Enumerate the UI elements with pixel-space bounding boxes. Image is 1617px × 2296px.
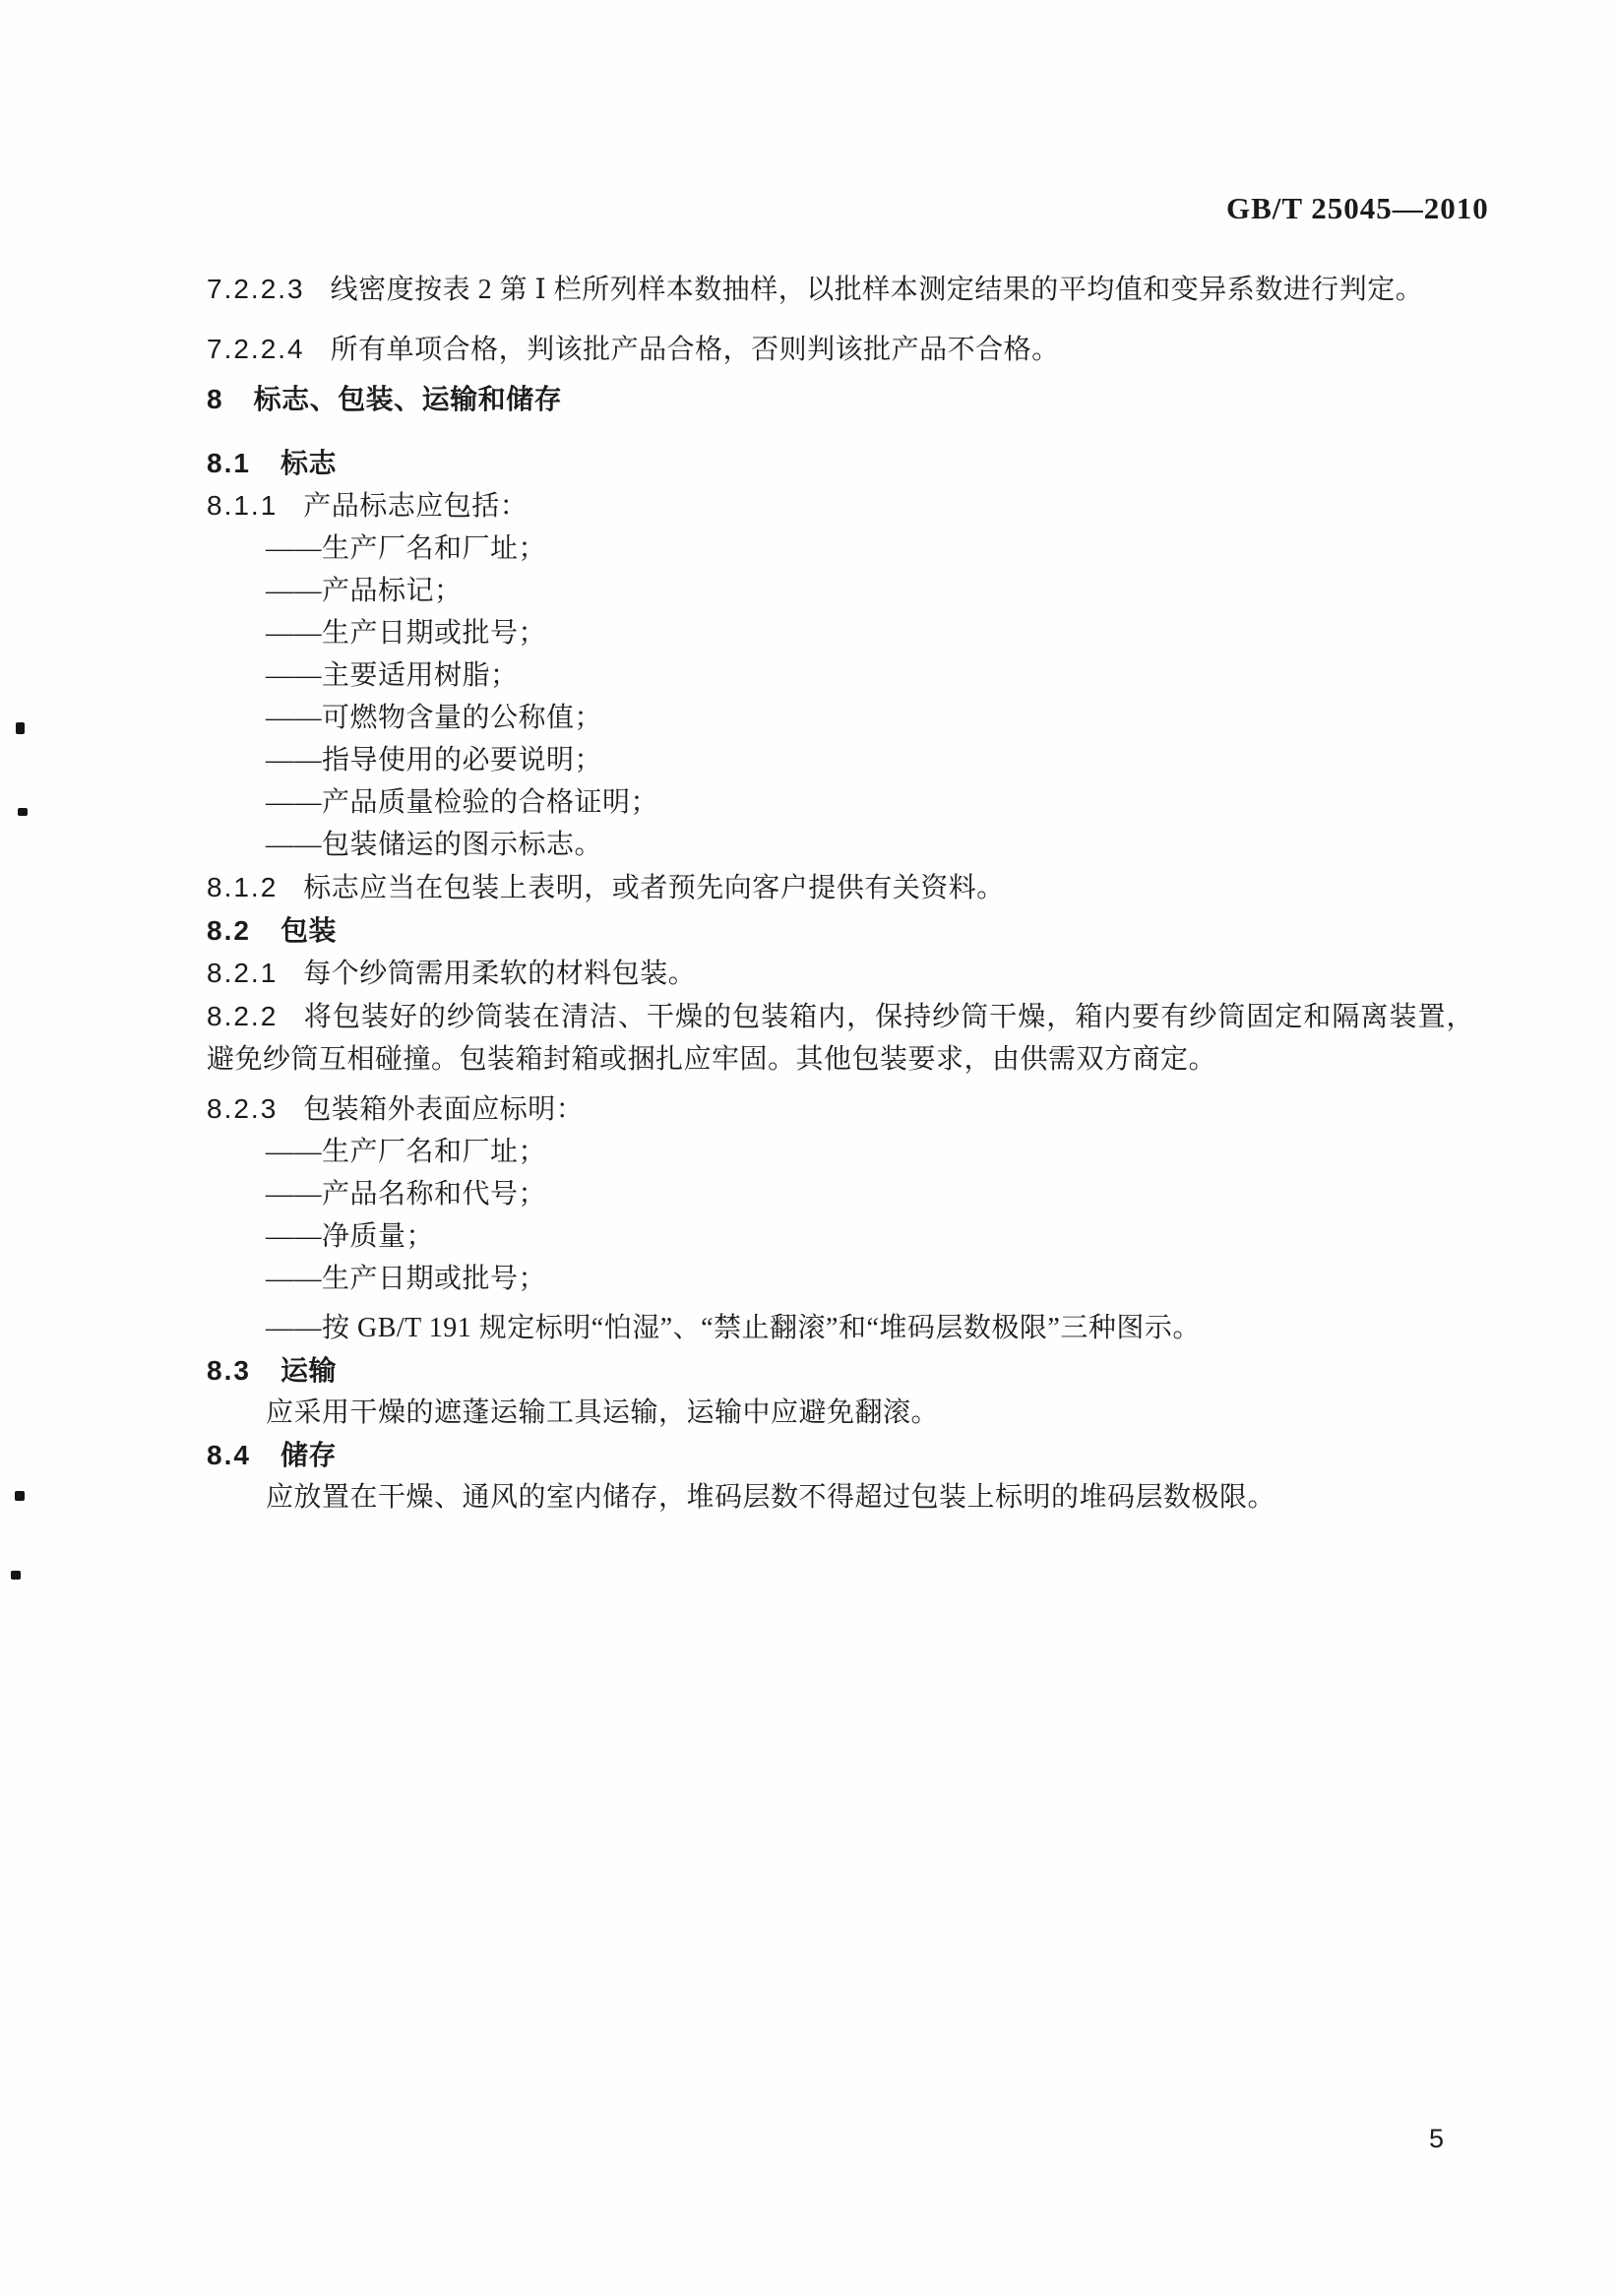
list-item: ——生产日期或批号；: [207, 1258, 1474, 1300]
clause-number: 8.2: [207, 909, 251, 952]
list-item: ——主要适用树脂；: [207, 654, 1474, 697]
clause-text: 运输: [280, 1355, 337, 1386]
chapter-heading: 8标志、包装、运输和储存: [207, 378, 1474, 420]
clause-paragraph: 8.2.2将包装好的纱筒装在清洁、干燥的包装箱内，保持纱筒干燥，箱内要有纱筒固定…: [207, 995, 1474, 1081]
clause-number: 8.4: [207, 1434, 251, 1476]
clause-text: ——产品标记；: [266, 576, 463, 606]
clause-paragraph: 8.1.1产品标志应包括：: [207, 484, 1474, 527]
clause-text: ——生产厂名和厂址；: [266, 1137, 546, 1167]
clause-paragraph: 8.2.3包装箱外表面应标明：: [207, 1087, 1474, 1131]
clause-number: 7.2.2.3: [207, 268, 305, 310]
body-paragraph: 应采用干燥的遮蓬运输工具运输，运输中应避免翻滚。: [207, 1392, 1474, 1434]
list-item: ——可燃物含量的公称值；: [207, 697, 1474, 739]
clause-text: 标志应当在包装上表明，或者预先向客户提供有关资料。: [303, 873, 1005, 903]
clause-paragraph: 8.1.2标志应当在包装上表明，或者预先向客户提供有关资料。: [207, 866, 1474, 909]
clause-text: ——包装储运的图示标志。: [266, 830, 602, 860]
standard-code-header: GB/T 25045—2010: [1226, 191, 1489, 226]
clause-number: 8: [207, 378, 224, 420]
clause-number: 8.3: [207, 1349, 251, 1392]
list-item: ——产品名称和代号；: [207, 1173, 1474, 1215]
clause-text: ——生产日期或批号；: [266, 1264, 546, 1294]
clause-number: 8.2.2: [207, 995, 278, 1037]
list-item: ——按 GB/T 191 规定标明“怕湿”、“禁止翻滚”和“堆码层数极限”三种图…: [207, 1307, 1474, 1349]
clause-text: 应放置在干燥、通风的室内储存，堆码层数不得超过包装上标明的堆码层数极限。: [266, 1482, 1275, 1513]
section-heading: 8.2包装: [207, 909, 1474, 952]
clause-text: 包装: [280, 915, 337, 946]
clause-number: 8.1.2: [207, 866, 278, 908]
clause-paragraph: 8.2.1每个纱筒需用柔软的材料包装。: [207, 952, 1474, 995]
clause-text: 标志、包装、运输和储存: [254, 384, 563, 414]
clause-text: ——产品质量检验的合格证明；: [266, 787, 658, 818]
clause-number: 8.2.1: [207, 952, 278, 994]
scan-speck: [11, 1571, 21, 1580]
clause-text: ——主要适用树脂；: [266, 660, 519, 691]
section-heading: 8.4储存: [207, 1434, 1474, 1476]
clause-text: 包装箱外表面应标明：: [303, 1094, 584, 1125]
list-item: ——产品标记；: [207, 570, 1474, 612]
clause-number: 8.1: [207, 442, 251, 484]
clause-text: ——生产日期或批号；: [266, 618, 546, 649]
section-heading: 8.1标志: [207, 442, 1474, 484]
clause-number: 8.1.1: [207, 484, 278, 527]
scan-speck: [15, 1491, 25, 1501]
list-item: ——指导使用的必要说明；: [207, 739, 1474, 781]
list-item: ——包装储运的图示标志。: [207, 824, 1474, 866]
clause-text: 储存: [280, 1440, 337, 1470]
clause-number: 7.2.2.4: [207, 328, 305, 370]
scan-speck: [18, 808, 28, 816]
clause-paragraph: 7.2.2.4所有单项合格，判该批产品合格，否则判该批产品不合格。: [207, 328, 1474, 371]
clause-number: 8.2.3: [207, 1087, 278, 1130]
clause-text: 每个纱筒需用柔软的材料包装。: [303, 959, 696, 989]
page-number: 5: [1429, 2124, 1444, 2154]
clause-text: ——净质量；: [266, 1221, 434, 1252]
clause-text: 所有单项合格，判该批产品合格，否则判该批产品不合格。: [331, 335, 1060, 365]
list-item: ——生产厂名和厂址；: [207, 1131, 1474, 1173]
clause-text: 产品标志应包括：: [303, 491, 528, 522]
section-heading: 8.3运输: [207, 1349, 1474, 1392]
clause-text: ——按 GB/T 191 规定标明“怕湿”、“禁止翻滚”和“堆码层数极限”三种图…: [266, 1313, 1201, 1343]
clause-text: 线密度按表 2 第 Ⅰ 栏所列样本数抽样，以批样本测定结果的平均值和变异系数进行…: [331, 275, 1424, 305]
document-body: 7.2.2.3线密度按表 2 第 Ⅰ 栏所列样本数抽样，以批样本测定结果的平均值…: [207, 268, 1474, 1519]
body-paragraph: 应放置在干燥、通风的室内储存，堆码层数不得超过包装上标明的堆码层数极限。: [207, 1476, 1474, 1519]
clause-text: 标志: [280, 448, 337, 478]
clause-text: ——指导使用的必要说明；: [266, 745, 602, 776]
list-item: ——产品质量检验的合格证明；: [207, 781, 1474, 824]
clause-text: 应采用干燥的遮蓬运输工具运输，运输中应避免翻滚。: [266, 1397, 939, 1428]
document-page: GB/T 25045—2010 7.2.2.3线密度按表 2 第 Ⅰ 栏所列样本…: [0, 0, 1617, 2296]
scan-speck: [16, 722, 25, 734]
clause-text: ——可燃物含量的公称值；: [266, 703, 602, 733]
clause-paragraph: 7.2.2.3线密度按表 2 第 Ⅰ 栏所列样本数抽样，以批样本测定结果的平均值…: [207, 268, 1474, 311]
list-item: ——生产厂名和厂址；: [207, 527, 1474, 570]
list-item: ——净质量；: [207, 1215, 1474, 1258]
clause-text: 将包装好的纱筒装在清洁、干燥的包装箱内，保持纱筒干燥，箱内要有纱筒固定和隔离装置…: [207, 1002, 1474, 1075]
clause-text: ——产品名称和代号；: [266, 1179, 546, 1210]
list-item: ——生产日期或批号；: [207, 612, 1474, 654]
clause-text: ——生产厂名和厂址；: [266, 533, 546, 564]
